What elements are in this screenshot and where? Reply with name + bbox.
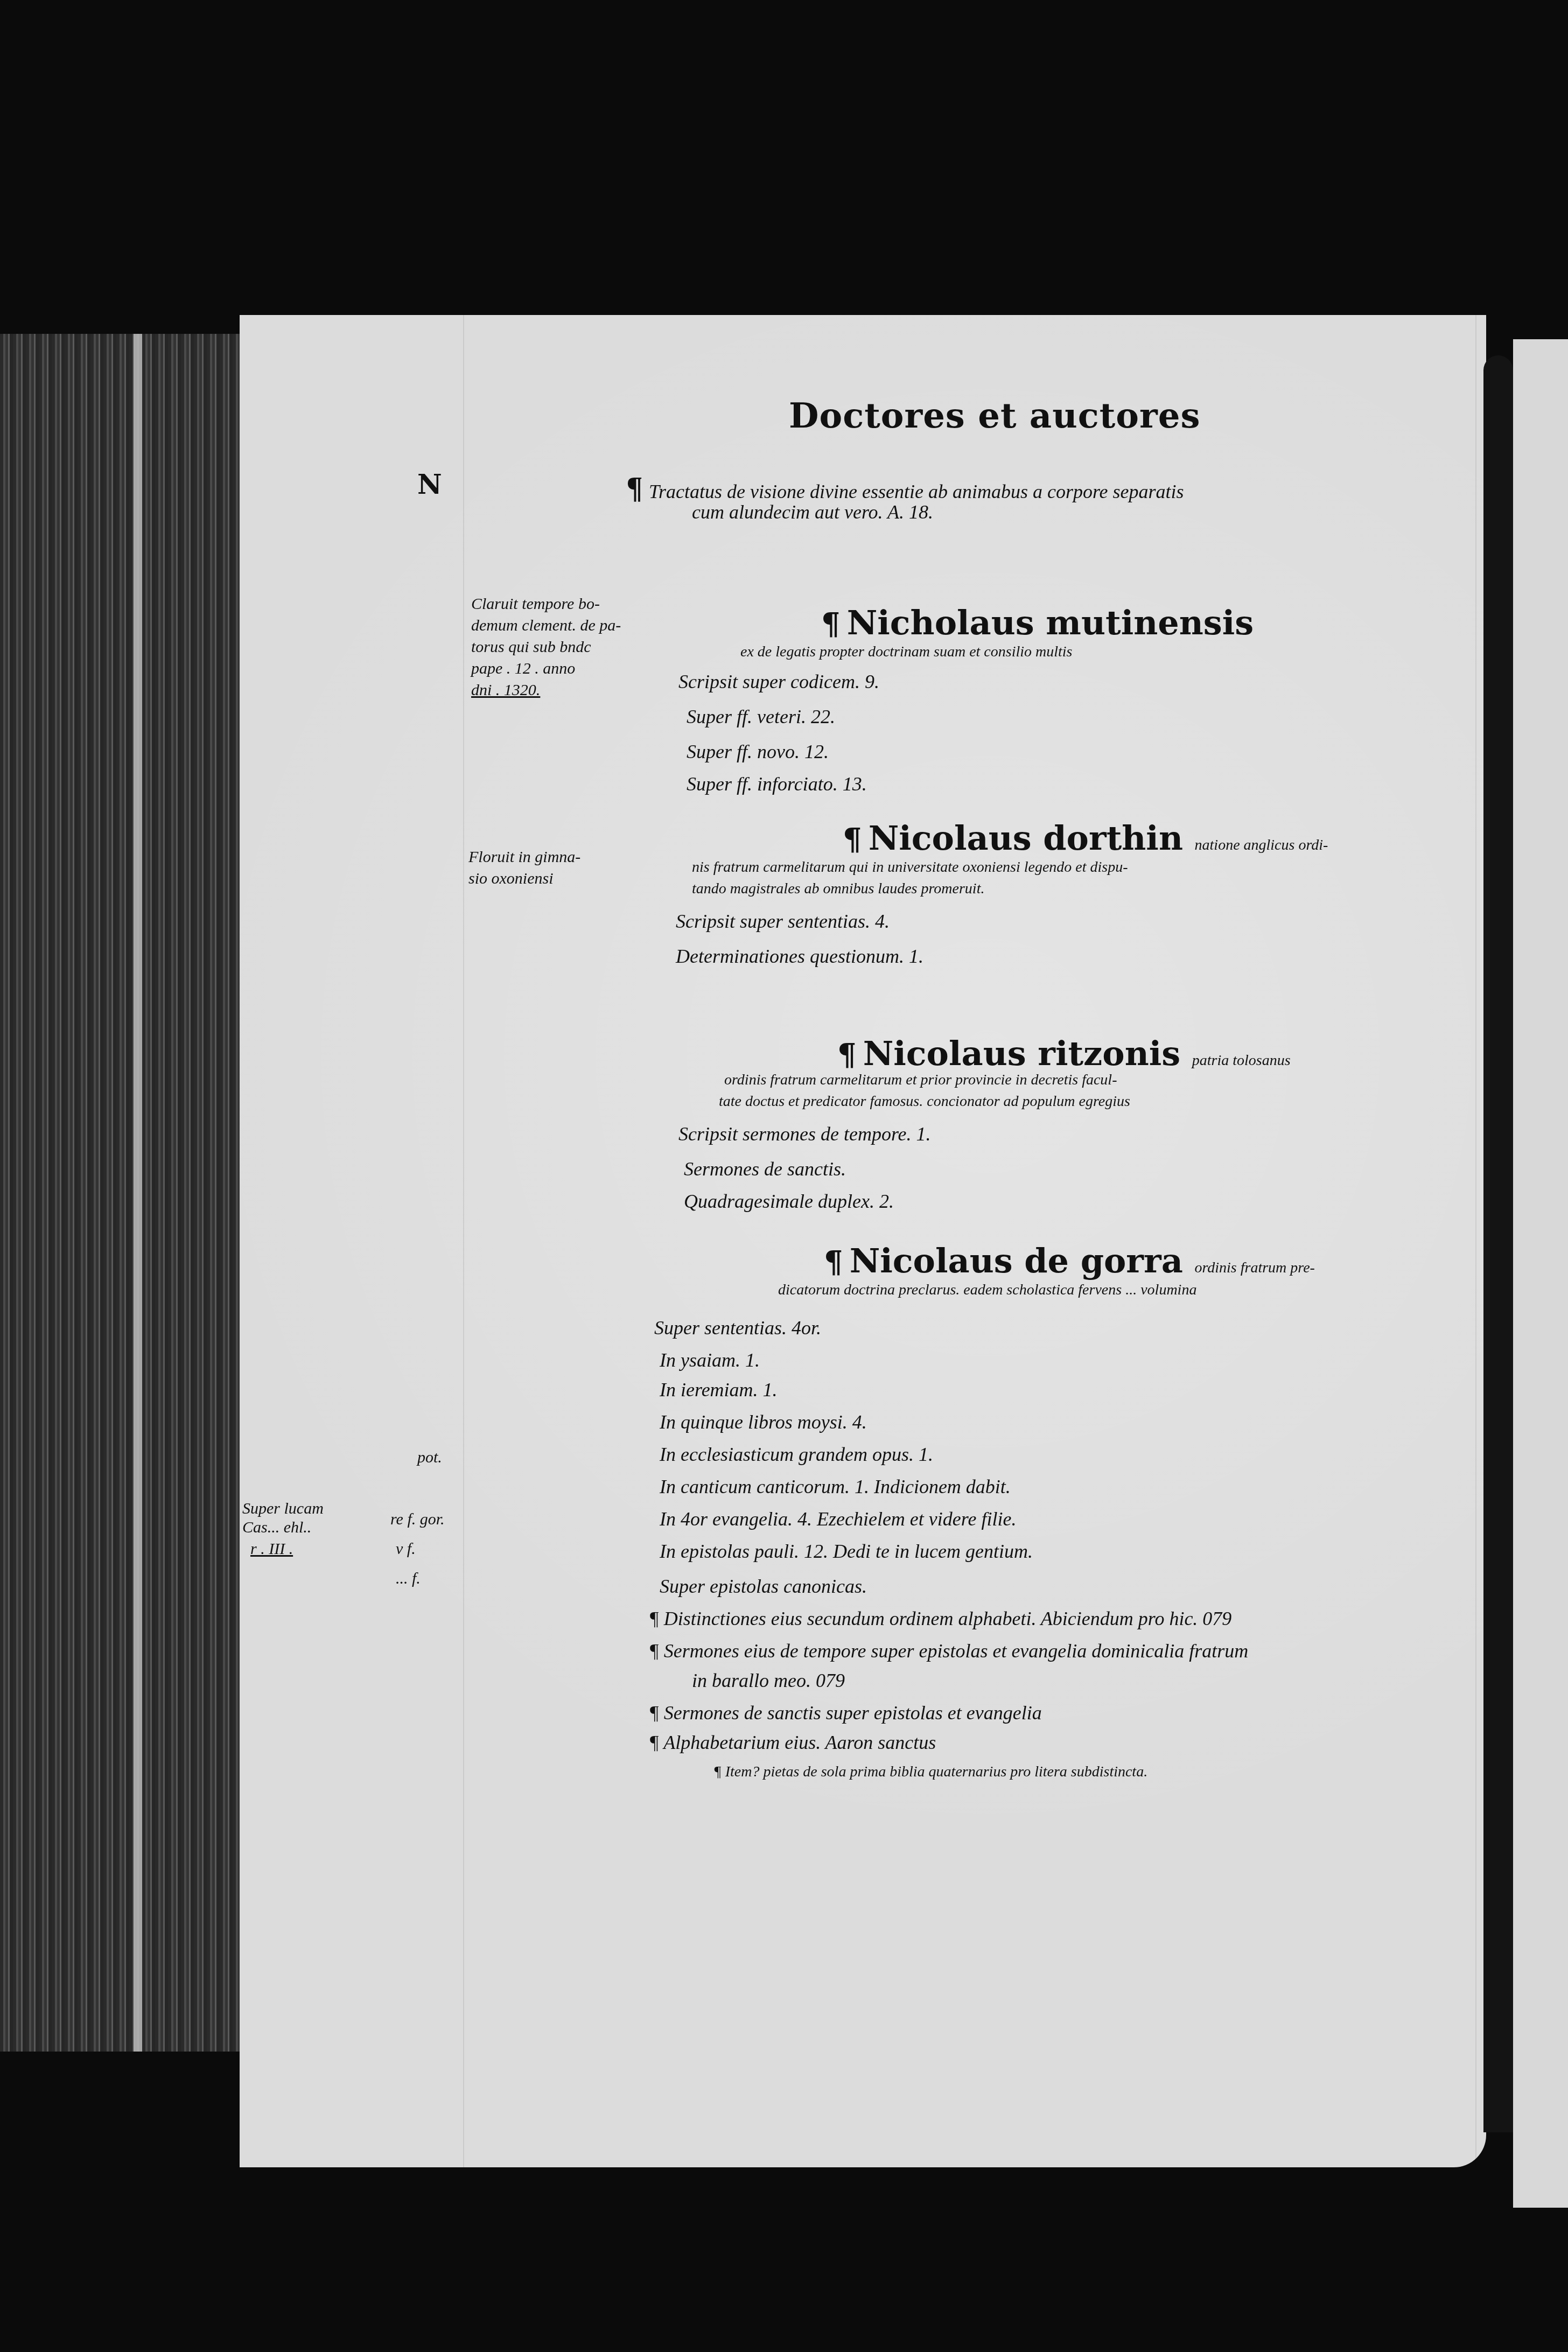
intro-line-2: cum alundecim aut vero. A. 18.: [692, 501, 933, 523]
pilcrow-icon: ¶: [837, 1037, 857, 1073]
entry-2-margin-note-2: sio oxoniensi: [468, 870, 554, 888]
entry-4-margin-left-2: Cas... ehl..: [242, 1518, 311, 1537]
entry-4-work-13: ¶ Sermones de sanctis super epistolas et…: [649, 1702, 1042, 1724]
entry-4-work-15: ¶ Item? pietas de sola prima biblia quat…: [713, 1763, 1147, 1781]
ruling-line-right: [1475, 315, 1476, 2167]
entry-1-description: ex de legatis propter doctrinam suam et …: [740, 643, 1072, 661]
entry-4-work-1: Super sententias. 4or.: [654, 1317, 821, 1339]
entry-2-heading: ¶Nicolaus dorthin natione anglicus ordi-: [843, 818, 1328, 858]
entry-2-description-2: nis fratrum carmelitarum qui in universi…: [692, 859, 1128, 876]
entry-4-work-7: In 4or evangelia. 4. Ezechielem et vider…: [660, 1508, 1016, 1530]
manuscript-page: Doctores et auctores N ¶Tractatus de vis…: [240, 315, 1486, 2167]
book-fore-edge: [0, 334, 242, 2052]
entry-1-margin-note-3: torus qui sub bndc: [471, 638, 591, 656]
pilcrow-icon: ¶: [627, 472, 642, 505]
entry-1-margin-note-2: demum clement. de pa-: [471, 617, 621, 635]
entry-3-work-2: Sermones de sanctis.: [684, 1158, 846, 1180]
entry-4-margin-right-4: ... f.: [396, 1570, 421, 1588]
entry-1-work-3: Super ff. novo. 12.: [687, 740, 829, 763]
entry-2-work-2: Determinationes questionum. 1.: [676, 945, 923, 968]
entry-4-work-12: in barallo meo. 079: [692, 1669, 845, 1692]
entry-4-description-2: dicatorum doctrina preclarus. eadem scho…: [778, 1282, 1196, 1299]
entry-1-margin-note-5: dni . 1320.: [471, 681, 540, 699]
pilcrow-icon: ¶: [821, 606, 841, 642]
entry-4-work-8: In epistolas pauli. 12. Dedi te in lucem…: [660, 1540, 1033, 1563]
entry-2-work-1: Scripsit super sententias. 4.: [676, 910, 890, 933]
entry-3-description-2: ordinis fratrum carmelitarum et prior pr…: [724, 1072, 1117, 1089]
entry-4-work-11: ¶ Sermones eius de tempore super epistol…: [649, 1640, 1248, 1662]
entry-2-margin-note-1: Floruit in gimna-: [468, 848, 580, 866]
entry-4-work-5: In ecclesiasticum grandem opus. 1.: [660, 1443, 933, 1466]
entry-1-work-1: Scripsit super codicem. 9.: [678, 670, 879, 693]
book-gutter: [1483, 355, 1513, 2132]
entry-3-heading: ¶Nicolaus ritzonis patria tolosanus: [837, 1034, 1291, 1073]
entry-1-margin-note-1: Claruit tempore bo-: [471, 595, 600, 613]
entry-4-work-9: Super epistolas canonicas.: [660, 1575, 867, 1598]
running-title: Doctores et auctores: [789, 396, 1200, 436]
pilcrow-icon: ¶: [824, 1244, 843, 1280]
ruling-line-left: [463, 315, 464, 2167]
entry-4-margin-right-2: re f. gor.: [390, 1510, 445, 1529]
entry-1-heading: ¶Nicholaus mutinensis: [821, 603, 1254, 642]
entry-1-work-2: Super ff. veteri. 22.: [687, 705, 835, 728]
entry-3-work-3: Quadragesimale duplex. 2.: [684, 1190, 894, 1213]
entry-4-work-3: In ieremiam. 1.: [660, 1378, 778, 1401]
entry-4-heading: ¶Nicolaus de gorra ordinis fratrum pre-: [824, 1241, 1315, 1280]
entry-4-work-2: In ysaiam. 1.: [660, 1349, 760, 1371]
entry-4-work-10: ¶ Distinctiones eius secundum ordinem al…: [649, 1607, 1231, 1630]
entry-1-work-4: Super ff. inforciato. 13.: [687, 773, 867, 795]
entry-4-work-14: ¶ Alphabetarium eius. Aaron sanctus: [649, 1731, 936, 1754]
entry-2-description-3: tando magistrales ab omnibus laudes prom…: [692, 880, 984, 898]
entry-4-margin-right-3: v f.: [396, 1540, 416, 1558]
pilcrow-icon: ¶: [843, 822, 862, 857]
entry-4-margin-left-3: r . III .: [250, 1540, 293, 1558]
facing-page-edge: [1513, 339, 1568, 2208]
entry-4-work-4: In quinque libros moysi. 4.: [660, 1411, 867, 1433]
entry-3-work-1: Scripsit sermones de tempore. 1.: [678, 1123, 931, 1145]
fore-edge-highlight: [134, 334, 142, 2052]
entry-1-margin-note-4: pape . 12 . anno: [471, 660, 575, 678]
entry-3-description-3: tate doctus et predicator famosus. conci…: [719, 1093, 1130, 1110]
marginal-letter: N: [417, 468, 442, 500]
entry-4-margin-right-1: pot.: [417, 1448, 442, 1467]
entry-4-margin-left-1: Super lucam: [242, 1500, 324, 1518]
entry-4-work-6: In canticum canticorum. 1. Indicionem da…: [660, 1475, 1011, 1498]
